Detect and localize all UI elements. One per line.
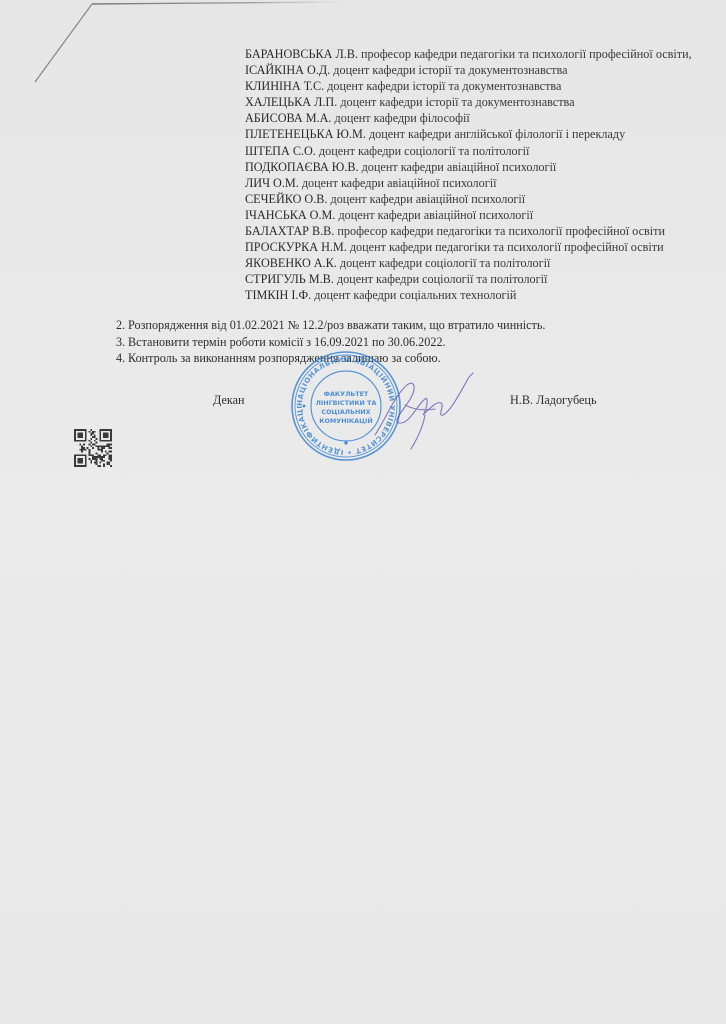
order-item-number: 2. xyxy=(116,317,125,334)
member-role: доцент кафедри філософії xyxy=(331,111,469,125)
member-name: БАРАНОВСЬКА Л.В. xyxy=(245,47,358,61)
dean-signature xyxy=(365,365,485,460)
member-role: доцент кафедри соціології та політології xyxy=(316,144,530,158)
order-item: 2. Розпорядження від 01.02.2021 № 12.2/р… xyxy=(116,317,545,334)
order-item-text: Розпорядження від 01.02.2021 № 12.2/роз … xyxy=(125,318,545,332)
member-row: СЕЧЕЙКО О.В. доцент кафедри авіаційної п… xyxy=(245,191,726,207)
member-row: АБИСОВА М.А. доцент кафедри філософії xyxy=(245,110,726,126)
order-item-text: Встановити термін роботи комісії з 16.09… xyxy=(125,335,446,349)
member-row: БАЛАХТАР В.В. професор кафедри педагогік… xyxy=(245,223,726,239)
member-row: БАРАНОВСЬКА Л.В. професор кафедри педаго… xyxy=(245,46,726,62)
member-row: ТІМКІН І.Ф. доцент кафедри соціальних те… xyxy=(245,287,726,303)
member-row: СТРИГУЛЬ М.В. доцент кафедри соціології … xyxy=(245,271,726,287)
member-role: доцент кафедри англійської філології і п… xyxy=(366,127,625,141)
member-name: ПОДКОПАЄВА Ю.В. xyxy=(245,160,359,174)
member-name: ТІМКІН І.Ф. xyxy=(245,288,311,302)
member-name: ХАЛЕЦЬКА Л.П. xyxy=(245,95,337,109)
order-item-number: 3. xyxy=(116,334,125,351)
member-row: ХАЛЕЦЬКА Л.П. доцент кафедри історії та … xyxy=(245,94,726,110)
member-row: ПРОСКУРКА Н.М. доцент кафедри педагогіки… xyxy=(245,239,726,255)
member-role: доцент кафедри авіаційної психології xyxy=(359,160,557,174)
member-name: ШТЕПА С.О. xyxy=(245,144,316,158)
member-role: доцент кафедри авіаційної психології xyxy=(335,208,533,222)
member-role: доцент кафедри авіаційної психології xyxy=(299,176,497,190)
member-row: КЛИНІНА Т.С. доцент кафедри історії та д… xyxy=(245,78,726,94)
member-name: АБИСОВА М.А. xyxy=(245,111,331,125)
member-role: доцент кафедри соціальних технологій xyxy=(311,288,516,302)
member-name: ЛИЧ О.М. xyxy=(245,176,299,190)
member-row: ЯКОВЕНКО А.К. доцент кафедри соціології … xyxy=(245,255,726,271)
dean-name: Н.В. Ладогубець xyxy=(510,393,597,408)
stamp-line-3: СОЦІАЛЬНИХ xyxy=(321,408,370,416)
member-role: доцент кафедри соціології та політології xyxy=(337,256,551,270)
member-name: ПРОСКУРКА Н.М. xyxy=(245,240,347,254)
member-role: доцент кафедри історії та документознавс… xyxy=(324,79,561,93)
member-role: доцент кафедри історії та документознавс… xyxy=(330,63,567,77)
member-row: ШТЕПА С.О. доцент кафедри соціології та … xyxy=(245,143,726,159)
member-row: ПЛЕТЕНЕЦЬКА Ю.М. доцент кафедри англійсь… xyxy=(245,126,726,142)
member-row: ПОДКОПАЄВА Ю.В. доцент кафедри авіаційно… xyxy=(245,159,726,175)
member-role: професор кафедри педагогіки та психологі… xyxy=(334,224,665,238)
member-name: ЯКОВЕНКО А.К. xyxy=(245,256,337,270)
member-row: ЛИЧ О.М. доцент кафедри авіаційної психо… xyxy=(245,175,726,191)
qr-code xyxy=(73,429,113,467)
member-role: доцент кафедри авіаційної психології xyxy=(327,192,525,206)
member-row: ІЧАНСЬКА О.М. доцент кафедри авіаційної … xyxy=(245,207,726,223)
dean-title: Декан xyxy=(213,393,245,408)
member-role: професор кафедри педагогіки та психологі… xyxy=(358,47,692,61)
member-name: БАЛАХТАР В.В. xyxy=(245,224,334,238)
member-name: СЕЧЕЙКО О.В. xyxy=(245,192,327,206)
member-role: доцент кафедри педагогіки та психології … xyxy=(347,240,664,254)
order-item-number: 4. xyxy=(116,350,125,367)
member-name: СТРИГУЛЬ М.В. xyxy=(245,272,334,286)
member-name: ІЧАНСЬКА О.М. xyxy=(245,208,335,222)
member-name: ІСАЙКІНА О.Д. xyxy=(245,63,330,77)
member-role: доцент кафедри історії та документознавс… xyxy=(337,95,574,109)
committee-members-list: БАРАНОВСЬКА Л.В. професор кафедри педаго… xyxy=(245,46,726,304)
member-role: доцент кафедри соціології та політології xyxy=(334,272,548,286)
order-item: 3. Встановити термін роботи комісії з 16… xyxy=(116,334,545,351)
member-row: ІСАЙКІНА О.Д. доцент кафедри історії та … xyxy=(245,62,726,78)
member-name: ПЛЕТЕНЕЦЬКА Ю.М. xyxy=(245,127,366,141)
stamp-line-1: ФАКУЛЬТЕТ xyxy=(324,390,369,398)
member-name: КЛИНІНА Т.С. xyxy=(245,79,324,93)
